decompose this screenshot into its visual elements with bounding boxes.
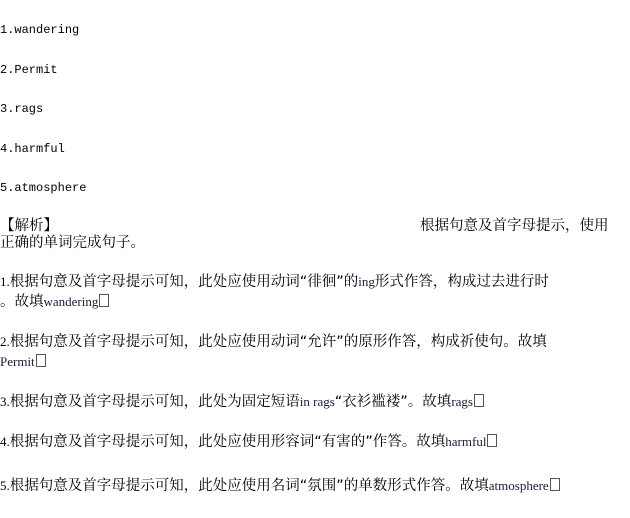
analysis-intro-continued: 正确的单词完成句子。 — [0, 233, 145, 253]
explanation-item: 4.根据句意及首字母提示可知，此处应使用形容词“有害的”作答。故填harmful — [0, 432, 630, 452]
analysis-intro: 【解析】 根据句意及首字母提示，使用 正确的单词完成句子。 — [0, 216, 630, 256]
answer-number: 1. — [0, 23, 14, 37]
answer-term: wandering — [44, 294, 99, 309]
explanation-item: 1.根据句意及首字母提示可知，此处应使用动词“徘徊”的ing形式作答，构成过去进… — [0, 272, 630, 312]
english-term: in rags — [300, 394, 335, 409]
answer-term: harmful — [445, 434, 486, 449]
explanation-number: 1. — [0, 274, 10, 289]
explanation-item: 2.根据句意及首字母提示可知，此处应使用动词“允许”的原形作答，构成祈使句。故填… — [0, 332, 630, 372]
answer-term: rags — [451, 394, 473, 409]
missing-glyph-icon — [99, 294, 109, 307]
answer-term: atmosphere — [489, 478, 549, 493]
answer-word: rags — [14, 102, 43, 116]
analysis-intro-text: 根据句意及首字母提示，使用 — [420, 216, 609, 236]
answer-number: 5. — [0, 181, 14, 195]
explanation-number: 5. — [0, 478, 10, 493]
answer-word: atmosphere — [14, 181, 86, 195]
explanation-text: 根据句意及首字母提示可知，此处应使用动词“徘徊”的 — [10, 274, 359, 290]
missing-glyph-icon — [487, 434, 497, 447]
answer-number: 3. — [0, 102, 14, 116]
answer-item: 3.rags — [0, 102, 43, 116]
explanation-text: 根据句意及首字母提示可知，此处应使用形容词“有害的”作答。故填 — [10, 434, 446, 450]
missing-glyph-icon — [474, 394, 484, 407]
explanation-number: 3. — [0, 394, 10, 409]
answer-item: 4.harmful — [0, 142, 65, 156]
explanation-text: 根据句意及首字母提示可知，此处应使用动词“允许”的原形作答，构成祈使句。故填 — [10, 334, 547, 350]
answer-term: Permit — [0, 354, 35, 369]
explanation-text: 根据句意及首字母提示可知，此处为固定短语 — [10, 394, 300, 410]
answer-item: 5.atmosphere — [0, 181, 86, 195]
english-term: ing — [358, 274, 375, 289]
answer-item: 2.Permit — [0, 63, 58, 77]
missing-glyph-icon — [36, 354, 46, 367]
missing-glyph-icon — [550, 478, 560, 491]
answer-word: harmful — [14, 142, 64, 156]
answer-word: Permit — [14, 63, 57, 77]
explanation-text: 形式作答，构成过去进行时 — [375, 274, 549, 290]
answer-number: 2. — [0, 63, 14, 77]
explanation-number: 4. — [0, 434, 10, 449]
explanation-number: 2. — [0, 334, 10, 349]
explanation-text: “衣衫褴褛”。故填 — [335, 394, 452, 410]
answer-word: wandering — [14, 23, 79, 37]
explanation-text: 根据句意及首字母提示可知，此处应使用名词“氛围”的单数形式作答。故填 — [10, 478, 489, 494]
explanation-item: 3.根据句意及首字母提示可知，此处为固定短语in rags“衣衫褴褛”。故填ra… — [0, 392, 630, 412]
explanation-text: 。故填 — [0, 294, 44, 310]
explanation-item: 5.根据句意及首字母提示可知，此处应使用名词“氛围”的单数形式作答。故填atmo… — [0, 476, 630, 496]
answer-number: 4. — [0, 142, 14, 156]
answer-item: 1.wandering — [0, 23, 79, 37]
